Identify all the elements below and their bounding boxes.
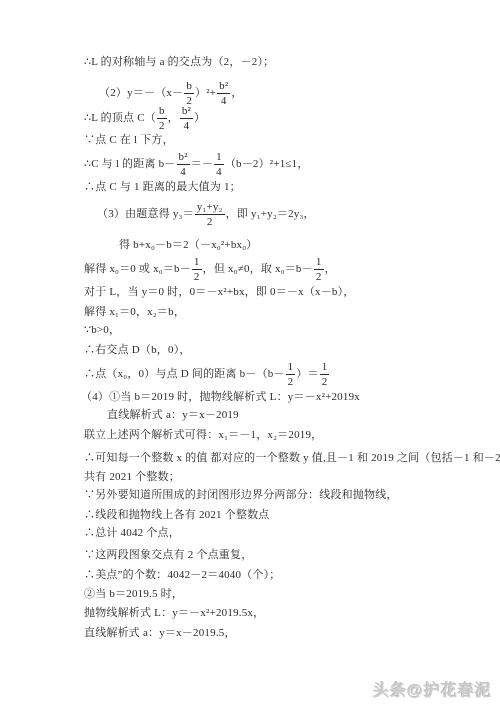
fraction-numerator: 1 (214, 151, 224, 165)
solution-line: ∴美点”的个数：4042－2＝4040（个）； (84, 568, 280, 583)
solution-line: ∴可知每一个整数 x 的值 都对应的一个整数 y 值,且－1 和 2019 之间… (84, 451, 500, 466)
text-segment: ∴C 与 l 的距离 b－ (84, 157, 176, 172)
fraction-numerator: 1 (320, 361, 330, 375)
fraction-numerator: y₁+y₂ (195, 201, 225, 215)
math-solution-document: ∴L 的对称轴与 a 的交点为（2，－2）； （2）y＝－（x－b2）²+b²4… (0, 0, 500, 706)
text-segment: ，但 x₀≠0，取 x₀＝b－ (203, 262, 313, 277)
text-segment: ）²+ (195, 86, 216, 101)
text-segment: ） (194, 111, 205, 126)
fraction-numerator: b² (180, 105, 193, 119)
text-segment: ，即 y₁+y₂＝2y₃， (226, 207, 315, 222)
fraction-denominator: 2 (192, 270, 202, 283)
toutiao-watermark: 头条@护花春泥 (373, 678, 492, 701)
solution-line: ∴点（x₀，0）与点 D 间的距离 b－（b－12）＝12 (84, 360, 330, 388)
solution-line: （4）①当 b＝2019 时，抛物线解析式 L：y＝－x²+2019x (81, 390, 360, 405)
fraction: 14 (214, 151, 224, 178)
fraction: b2 (184, 80, 194, 107)
text-segment: 解得 x₀＝0 或 x₀＝b－ (84, 262, 191, 277)
fraction: 12 (320, 361, 330, 388)
solution-line: ∴C 与 l 的距离 b－b²4＝－14（b－2）²+1≤1， (84, 150, 309, 178)
fraction-denominator: 4 (214, 165, 224, 178)
text-segment: （3）由题意得 y₃＝ (97, 207, 194, 222)
solution-line: ∵这两段图象交点有 2 个点重复， (84, 548, 252, 563)
fraction-numerator: b² (217, 80, 230, 94)
solution-line: ∵点 C 在 l 下方， (84, 133, 174, 148)
fraction-numerator: 1 (286, 361, 296, 375)
fraction: 12 (286, 361, 296, 388)
fraction-denominator: 2 (157, 119, 167, 132)
solution-line: ∴点 C 与 1 距离的最大值为 1； (84, 180, 241, 195)
solution-line: ∴右交点 D（b，0）， (84, 343, 191, 358)
solution-line: 直线解析式 a：y＝x－2019 (107, 408, 239, 423)
fraction-numerator: b (157, 105, 167, 119)
fraction-denominator: 2 (320, 375, 330, 388)
solution-line: 直线解析式 a：y＝x－2019.5， (84, 626, 236, 641)
solution-line: 联立上述两个解析式可得：x₁＝－1，x₂＝2019， (84, 428, 322, 443)
fraction-numerator: b (184, 80, 194, 94)
solution-line: 解得 x₀＝0 或 x₀＝b－12，但 x₀≠0，取 x₀＝b－12， (84, 255, 336, 283)
solution-line: 对于 L，当 y＝0 时，0＝－x²+bx，即 0＝－x（x－b）， (84, 285, 355, 300)
text-segment: ）＝ (296, 367, 318, 382)
fraction-denominator: 2 (195, 215, 225, 228)
solution-line: ∴总计 4042 个点， (84, 526, 180, 541)
solution-line: 得 b+x₀－b＝2（－x₀²+bx₀） (119, 238, 257, 253)
fraction: b²4 (177, 151, 190, 178)
solution-line: ∴L 的对称轴与 a 的交点为（2，－2）； (84, 55, 274, 70)
fraction-denominator: 2 (314, 270, 324, 283)
solution-line: ②当 b＝2019.5 时， (84, 587, 183, 602)
solution-line: （3）由题意得 y₃＝y₁+y₂2，即 y₁+y₂＝2y₃， (97, 200, 315, 228)
text-segment: （b－2）²+1≤1， (225, 157, 309, 172)
fraction-numerator: b² (177, 151, 190, 165)
text-segment: （2）y＝－（x－ (99, 86, 183, 101)
fraction-denominator: 4 (180, 119, 193, 132)
fraction: b²4 (217, 80, 230, 107)
text-segment: ∴点（x₀，0）与点 D 间的距离 b－（b－ (84, 367, 285, 382)
text-segment: ＝－ (191, 157, 213, 172)
solution-line: 共有 2021 个整数； (84, 470, 180, 485)
fraction: 12 (314, 256, 324, 283)
solution-line: ∴L 的顶点 C（b2，b²4） (84, 104, 205, 132)
fraction: 12 (192, 256, 202, 283)
solution-line: ∴线段和抛物线上各有 2021 个整数点 (84, 508, 270, 523)
text-segment: ， (325, 262, 336, 277)
fraction-denominator: 4 (217, 94, 230, 107)
fraction-numerator: 1 (192, 256, 202, 270)
text-segment: ， (231, 86, 242, 101)
fraction-denominator: 2 (286, 375, 296, 388)
solution-line: （2）y＝－（x－b2）²+b²4， (99, 79, 243, 107)
fraction: b2 (157, 105, 167, 132)
solution-line: ∵另外要知道所围成的封闭图形边界分两部分：线段和抛物线， (84, 488, 398, 503)
solution-line: 抛物线解析式 L：y＝－x²+2019.5x， (84, 606, 264, 621)
solution-line: ∵b>0， (84, 323, 120, 338)
text-segment: ∴L 的顶点 C（ (84, 111, 156, 126)
fraction-numerator: 1 (314, 256, 324, 270)
solution-line: 解得 x₁＝0，x₂＝b， (84, 305, 185, 320)
fraction: b²4 (180, 105, 193, 132)
fraction-denominator: 4 (177, 165, 190, 178)
text-segment: ， (168, 111, 179, 126)
fraction: y₁+y₂2 (195, 201, 225, 228)
